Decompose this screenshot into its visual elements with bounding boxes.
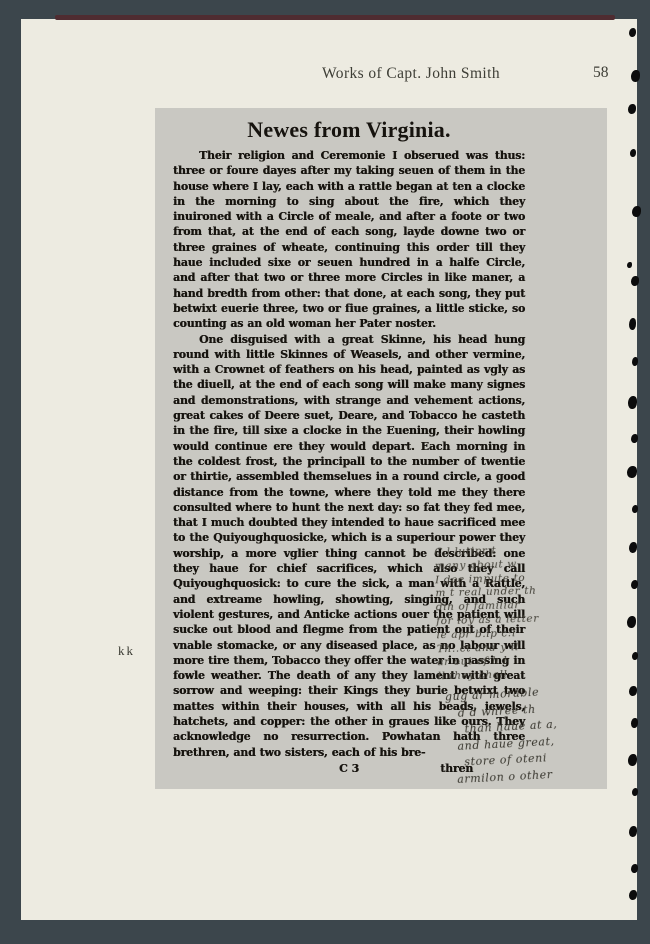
ink-edge-mark (631, 434, 638, 443)
running-head-title: Works of Capt. John Smith (322, 65, 500, 83)
facsimile-plate: Newes from Virginia. Their religion and … (155, 108, 607, 789)
binding-edge-strip (55, 15, 615, 20)
ink-edge-mark (629, 890, 637, 900)
ink-edge-mark (631, 718, 638, 728)
facsimile-paragraph-1: Their religion and Ceremonie I obserued … (173, 148, 525, 332)
ink-edge-mark (631, 276, 639, 286)
ink-edge-mark (630, 149, 636, 157)
ink-edge-mark (627, 466, 637, 478)
book-page: Works of Capt. John Smith 58 kk Newes fr… (21, 19, 637, 920)
ink-edge-mark (632, 788, 638, 796)
facsimile-text-column: Their religion and Ceremonie I obserued … (173, 148, 525, 779)
ink-edge-mark (628, 104, 636, 114)
ink-edge-mark (632, 206, 641, 217)
photo-background: Works of Capt. John Smith 58 kk Newes fr… (0, 0, 650, 944)
ink-edge-mark (632, 505, 638, 513)
ink-edge-mark (631, 864, 638, 873)
ink-edge-mark (628, 754, 637, 766)
ink-edge-mark (632, 652, 638, 660)
signature-mark: C 3 (339, 761, 359, 776)
ink-edge-mark (631, 580, 638, 589)
handwritten-marginalia-lower: gug ar morabled d whree ththan haue at a… (445, 681, 607, 789)
page-number: 58 (593, 64, 609, 82)
ink-edge-mark (629, 686, 637, 696)
handwritten-marginalia-upper: C.l lutipr tmany about wI doe impute tom… (434, 542, 607, 685)
ink-edge-mark (632, 357, 638, 366)
ink-edge-mark (628, 396, 637, 409)
ink-edge-mark (629, 826, 637, 837)
facsimile-title: Newes from Virginia. (173, 117, 525, 143)
ink-edge-mark (627, 616, 636, 628)
ink-edge-mark (631, 70, 640, 82)
ink-edge-mark (629, 28, 636, 37)
ink-edge-mark (629, 542, 637, 553)
signature-mark-kk: kk (118, 643, 135, 659)
ink-edge-mark (627, 262, 632, 268)
ink-edge-mark (629, 318, 636, 330)
